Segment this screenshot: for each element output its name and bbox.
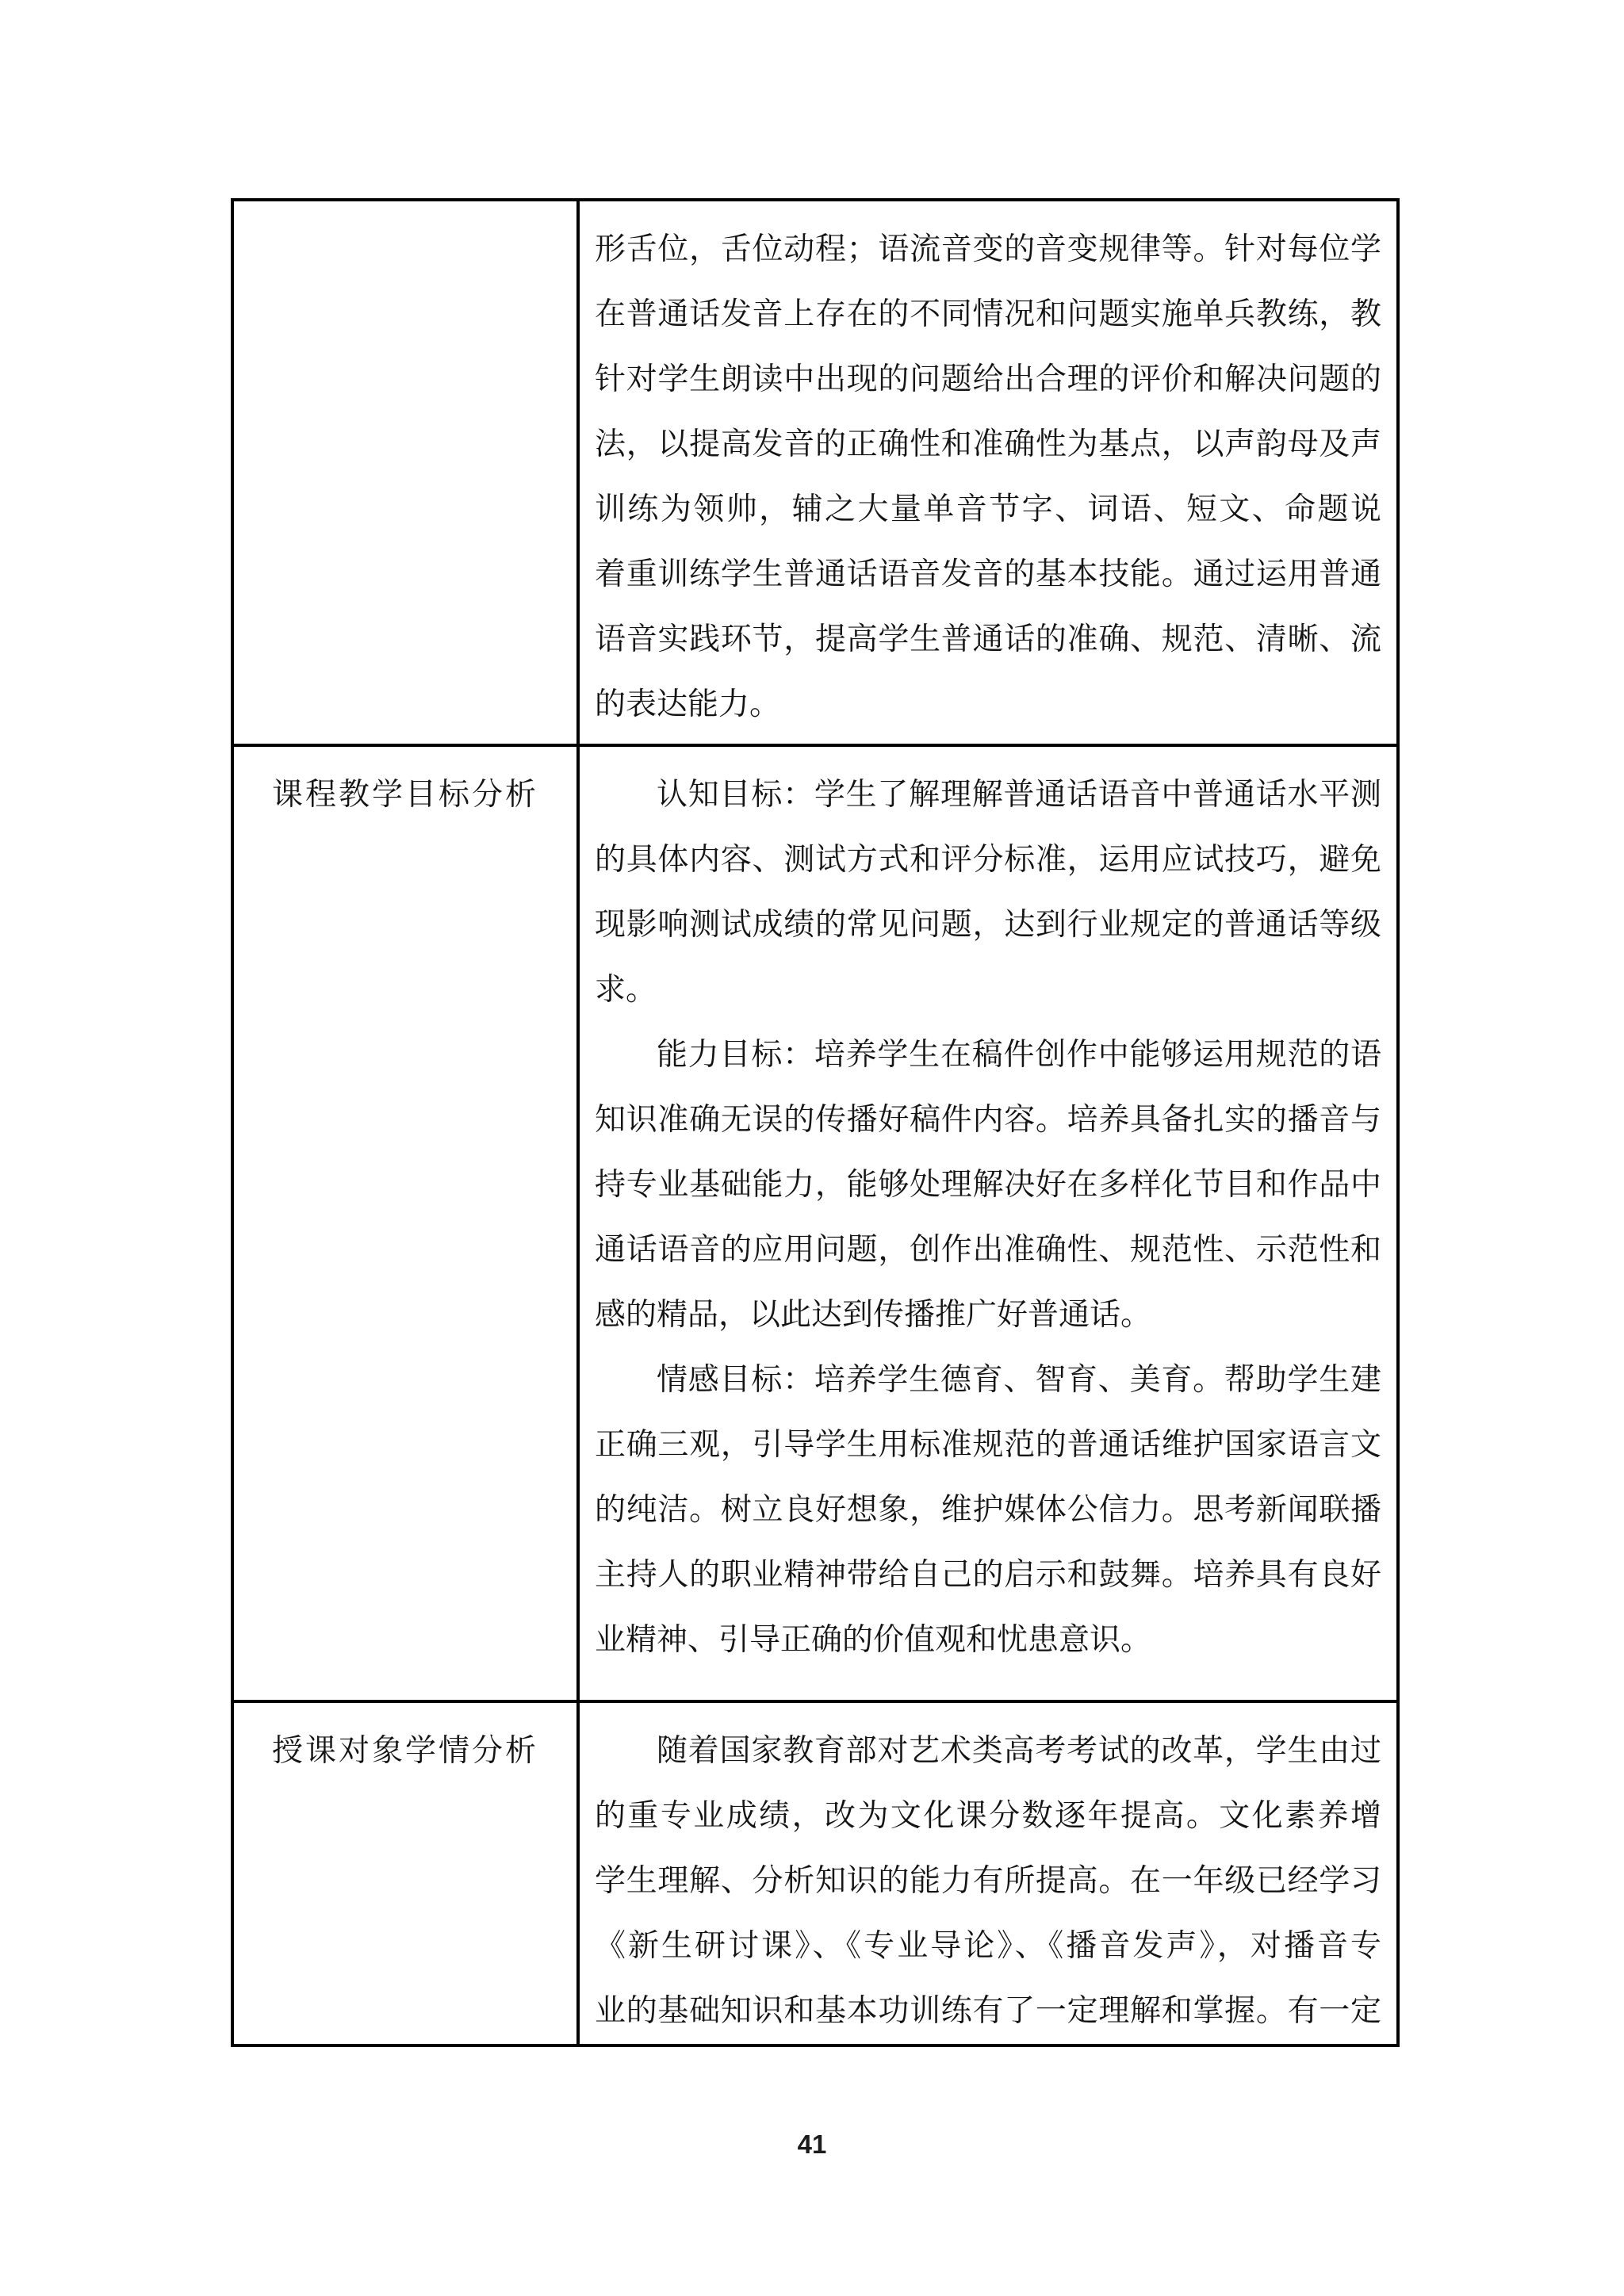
row-label: 课程教学目标分析 — [249, 763, 561, 828]
text-line: 随着国家教育部对艺术类高考考试的改革，学生由过去 — [595, 1719, 1381, 1784]
row-content-cell: 形舌位，舌位动程；语流音变的音变规律等。针对每位学生在普通话发音上存在的不同情况… — [578, 200, 1398, 745]
text-line: 的表达能力。 — [595, 672, 1381, 737]
page-number: 41 — [0, 2130, 1624, 2160]
text-line: 语音实践环节，提高学生普通话的准确、规范、清晰、流畅 — [595, 607, 1381, 672]
text-line: 正确三观，引导学生用标准规范的普通话维护国家语言文字 — [595, 1413, 1381, 1478]
text-line: 认知目标：学生了解理解普通话语音中普通话水平测试 — [595, 763, 1381, 828]
text-line: 的具体内容、测试方式和评分标准，运用应试技巧，避免出 — [595, 828, 1381, 893]
document-page: 形舌位，舌位动程；语流音变的音变规律等。针对每位学生在普通话发音上存在的不同情况… — [0, 0, 1624, 2296]
text-line: 的纯洁。树立良好想象，维护媒体公信力。思考新闻联播中 — [595, 1478, 1381, 1543]
row-content-cell: 认知目标：学生了解理解普通话语音中普通话水平测试的具体内容、测试方式和评分标准，… — [578, 745, 1398, 1701]
text-line: 主持人的职业精神带给自己的启示和鼓舞。培养具有良好职 — [595, 1543, 1381, 1608]
text-line: 业的基础知识和基本功训练有了一定理解和掌握。有一定的 — [595, 1979, 1381, 2044]
text-line: 持专业基础能力，能够处理解决好在多样化节目和作品中普 — [595, 1153, 1381, 1218]
text-line: 训练为领帅，辅之大量单音节字、词语、短文、命题说话， — [595, 477, 1381, 542]
row-label-cell — [232, 200, 578, 745]
text-line: 形舌位，舌位动程；语流音变的音变规律等。针对每位学生 — [595, 217, 1381, 282]
text-line: 针对学生朗读中出现的问题给出合理的评价和解决问题的方 — [595, 347, 1381, 412]
text-line: 着重训练学生普通话语音发音的基本技能。通过运用普通话 — [595, 542, 1381, 607]
row-label: 授课对象学情分析 — [249, 1719, 561, 1784]
row-content-cell: 随着国家教育部对艺术类高考考试的改革，学生由过去的重专业成绩，改为文化课分数逐年… — [578, 1701, 1398, 2045]
text-line: 学生理解、分析知识的能力有所提高。在一年级已经学习了 — [595, 1849, 1381, 1914]
text-line: 的重专业成绩，改为文化课分数逐年提高。文化素养增高， — [595, 1784, 1381, 1849]
text-line: 法，以提高发音的正确性和准确性为基点，以声韵母及声调 — [595, 412, 1381, 477]
text-line: 《新生研讨课》、《专业导论》、《播音发声》，对播音专 — [595, 1914, 1381, 1979]
text-line: 知识准确无误的传播好稿件内容。培养具备扎实的播音与主 — [595, 1088, 1381, 1153]
text-line: 情感目标：培养学生德育、智育、美育。帮助学生建立 — [595, 1348, 1381, 1413]
text-line: 通话语音的应用问题，创作出准确性、规范性、示范性和美 — [595, 1218, 1381, 1283]
text-line: 在普通话发音上存在的不同情况和问题实施单兵教练，教师 — [595, 282, 1381, 347]
table-row-teaching-goals: 课程教学目标分析 认知目标：学生了解理解普通话语音中普通话水平测试的具体内容、测… — [232, 745, 1398, 1701]
row-label-cell: 课程教学目标分析 — [232, 745, 578, 1701]
table-row-student-analysis: 授课对象学情分析 随着国家教育部对艺术类高考考试的改革，学生由过去的重专业成绩，… — [232, 1701, 1398, 2045]
text-line: 感的精品，以此达到传播推广好普通话。 — [595, 1283, 1381, 1348]
lesson-plan-table: 形舌位，舌位动程；语流音变的音变规律等。针对每位学生在普通话发音上存在的不同情况… — [231, 198, 1400, 2047]
text-line: 能力目标：培养学生在稿件创作中能够运用规范的语音 — [595, 1023, 1381, 1088]
text-line: 业精神、引导正确的价值观和忧患意识。 — [595, 1608, 1381, 1673]
text-line: 现影响测试成绩的常见问题，达到行业规定的普通话等级要 — [595, 893, 1381, 958]
text-line: 求。 — [595, 958, 1381, 1023]
table-row-continuation: 形舌位，舌位动程；语流音变的音变规律等。针对每位学生在普通话发音上存在的不同情况… — [232, 200, 1398, 745]
row-label-cell: 授课对象学情分析 — [232, 1701, 578, 2045]
